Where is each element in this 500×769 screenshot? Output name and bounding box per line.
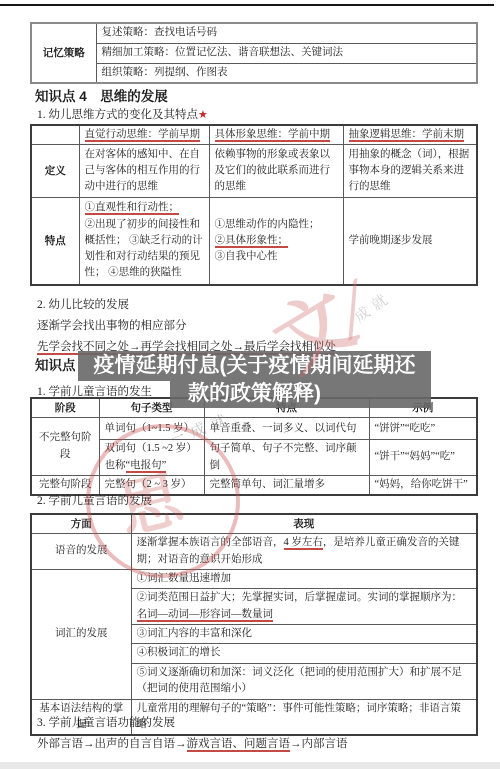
cell-complete-example: “妈妈，给你吃饼干” <box>369 475 477 495</box>
cell-phonetics-text: 逐渐掌握本族语言的全部语音，4 岁左右，是培养儿童正确发音的关键期；对语音的意识… <box>131 534 477 570</box>
cell-concrete-image: 具体形象思维：学前中期 <box>209 125 343 145</box>
cell-abstract-logic: 抽象逻辑思维：学前末期 <box>343 125 477 145</box>
scanned-notes-page: 记忆策略 复述策略：查找电话号码 精细加工策略：位置记忆法、谐音联想法、关键词法… <box>0 0 500 769</box>
telegraphic-term: “电报句” <box>126 460 167 473</box>
feature-line: ③自我中心性 <box>215 251 278 262</box>
double-word-text: 双词句（1.5 ~2 岁） <box>105 443 197 454</box>
speech-genesis-table: 阶段 句子类型 特点 示例 不完整句阶段 单词句（1~1.5 岁） 单音重叠、一… <box>30 397 478 496</box>
col-header-aspect: 方面 <box>31 514 131 534</box>
kp4-sub-text: 1. 幼儿思维方式的变化及其特点 <box>37 109 198 121</box>
feature-line: ①思维动作的内隐性； <box>215 219 320 230</box>
feature-line: ④思维的狭隘性 <box>108 267 182 278</box>
cell-single-word-example: “饼饼”“吃吃” <box>369 418 477 440</box>
cell-double-word-features: 句子简单、句子不完整、词序颠倒 <box>204 440 369 476</box>
memory-strategy-label: 记忆策略 <box>31 23 96 83</box>
cell-intuitive-action: 直觉行动思维：学前早期 <box>79 125 209 145</box>
overlay-banner-line1: 疫情延期付息(关于疫情期间延期还 <box>78 351 431 381</box>
aspect-phonetics: 语音的发展 <box>31 534 131 570</box>
features-row-label: 特点 <box>31 198 79 285</box>
compare-line: 逐渐学会找出事物的相应部分 <box>37 317 187 333</box>
definition-row-label: 定义 <box>31 145 79 198</box>
memory-row-organization: 组织策略：列提纲、作图表 <box>96 63 477 83</box>
features-intuitive: ①直观性和行动性； ②出现了初步的间接性和概括性； ③缺乏行动的计划性和对行动结… <box>79 198 209 285</box>
thinking-modes-table: 直觉行动思维：学前早期 具体形象思维：学前中期 抽象逻辑思维：学前末期 定义 在… <box>30 124 478 286</box>
cell-vocab-3: ③词汇内容的丰富和深化 <box>131 625 477 644</box>
cell-single-word: 单词句（1~1.5 岁） <box>99 418 204 440</box>
speech-func-heading: 3. 学前儿童言语功能的发展 <box>37 714 175 730</box>
func-chain-b: →内部言语 <box>290 738 348 750</box>
star-icon: ★ <box>198 109 208 121</box>
phonetics-key-age: 4 岁左右 <box>284 537 323 550</box>
cell-single-word-features: 单音重叠、一词多义、以词代句 <box>204 418 369 440</box>
phonetics-a: 逐渐掌握本族语言的全部语音， <box>137 537 284 548</box>
speech-dev-heading: 2. 学前儿童言语的发展 <box>37 492 152 508</box>
stage-incomplete-sentence: 不完整句阶段 <box>31 418 99 476</box>
speech-dev-table: 方面 表现 语音的发展 逐渐掌握本族语言的全部语音，4 岁左右，是培养儿童正确发… <box>30 513 478 736</box>
memory-strategy-table: 记忆策略 复述策略：查找电话号码 精细加工策略：位置记忆法、谐音联想法、关键词法… <box>30 22 478 84</box>
speech-func-line: 外部言语→出声的自言自语→游戏言语、问题言语→内部言语 <box>37 735 348 751</box>
page-top-rule <box>0 4 494 6</box>
cell-double-word-example: “饼干”“妈妈”“吃” <box>369 440 477 476</box>
vocab-2-text: ②词类范围日益扩大；先掌握实词，后掌握虚词。实词的掌握顺序为： <box>137 592 463 603</box>
func-chain-a: 外部言语→出声的自言自语→ <box>37 738 187 750</box>
aspect-vocabulary: 词汇的发展 <box>31 569 131 699</box>
cell-vocab-2: ②词类范围日益扩大；先掌握实词，后掌握虚词。实词的掌握顺序为：名词—动词—形容词… <box>131 589 477 625</box>
cell-complete-features: 完整简单句、词汇量增多 <box>204 475 369 495</box>
kp4-heading: 知识点 4 思维的发展 <box>35 85 168 105</box>
intuitive-action-label: 直觉行动思维：学前早期 <box>85 129 201 142</box>
func-chain-underlined: 游戏言语、问题言语 <box>187 738 291 752</box>
definition-concrete: 依赖事物的形象或表象以及它们的彼此联系而进行的思维 <box>209 145 343 198</box>
definition-intuitive: 在对客体的感知中、在自己与客体的相互作用的行动中进行的思维 <box>79 145 209 198</box>
feature-line: ①直观性和行动性； <box>85 202 180 215</box>
cell-blank <box>31 125 79 145</box>
cell-grammar-text: 儿童常用的理解句子的“策略”：事件可能性策略；词序策略；非语言策略 <box>131 699 477 735</box>
definition-abstract: 用抽象的概念（词），根据事物本身的逻辑关系来进行的思维 <box>343 145 477 198</box>
abstract-logic-label: 抽象逻辑思维：学前末期 <box>349 129 465 142</box>
concrete-image-label: 具体形象思维：学前中期 <box>215 129 331 142</box>
features-concrete: ①思维动作的内隐性； ②具体形象性； ③自我中心性 <box>209 198 343 285</box>
cell-vocab-4: ④积极词汇的增长 <box>131 644 477 663</box>
memory-row-elaboration: 精细加工策略：位置记忆法、谐音联想法、关键词法 <box>96 43 477 63</box>
gray-watermark: 成就 <box>350 286 396 327</box>
overlay-banner-line2: 款的政策解释) <box>78 381 431 408</box>
kp4-sub-heading: 1. 幼儿思维方式的变化及其特点★ <box>37 106 208 122</box>
cell-double-word: 双词句（1.5 ~2 岁） 也称“电报句” <box>99 440 204 476</box>
bottom-scan-edge <box>0 762 500 769</box>
compare-heading: 2. 幼儿比较的发展 <box>37 296 129 312</box>
feature-line: ②具体形象性； <box>215 235 289 248</box>
cell-vocab-5: ⑤词义逐渐确切和加深：词义泛化（把词的使用范围扩大）和扩展不足（把词的使用范围缩… <box>131 663 477 699</box>
col-header-manifestation: 表现 <box>131 514 477 534</box>
kp5-heading: 知识点 <box>35 354 76 374</box>
features-abstract: 学前晚期逐步发展 <box>343 198 477 285</box>
vocab-order: 名词—动词—形容词—数量词 <box>137 609 274 622</box>
double-word-aka: 也称 <box>105 460 126 471</box>
memory-row-rehearsal: 复述策略：查找电话号码 <box>96 23 477 43</box>
cell-vocab-1: ①词汇数量迅速增加 <box>131 569 477 588</box>
